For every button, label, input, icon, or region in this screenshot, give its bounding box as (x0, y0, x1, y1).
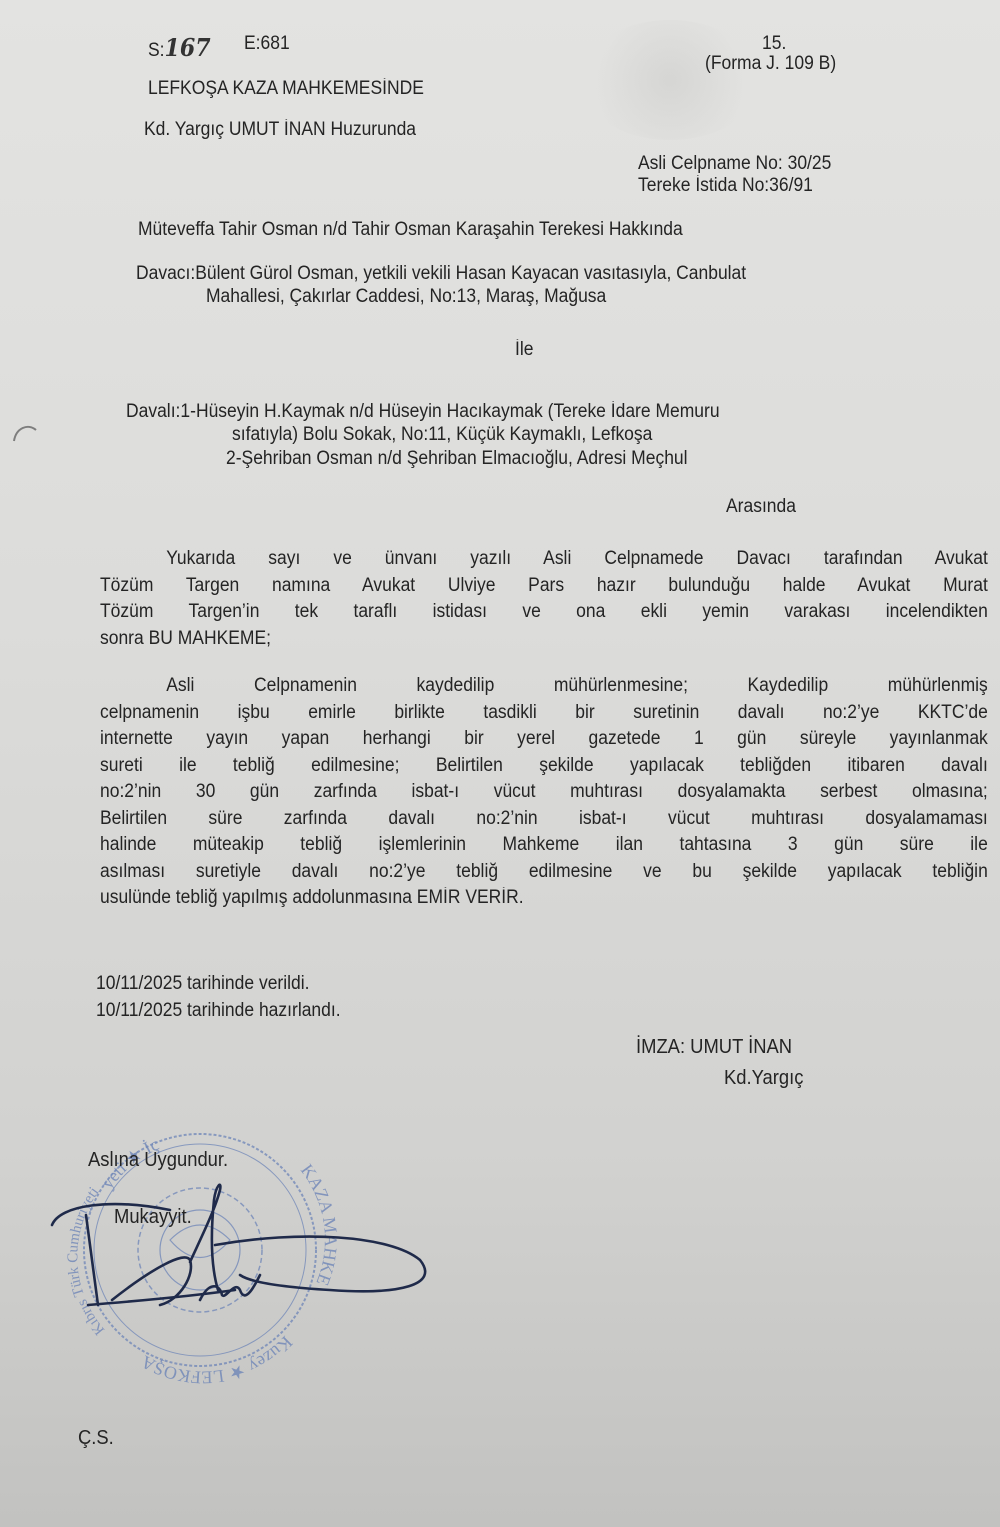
margin-mark (0, 0, 1000, 1527)
document-page: S:167 E:681 15. (Forma J. 109 B) LEFKOŞA… (0, 0, 1000, 1527)
